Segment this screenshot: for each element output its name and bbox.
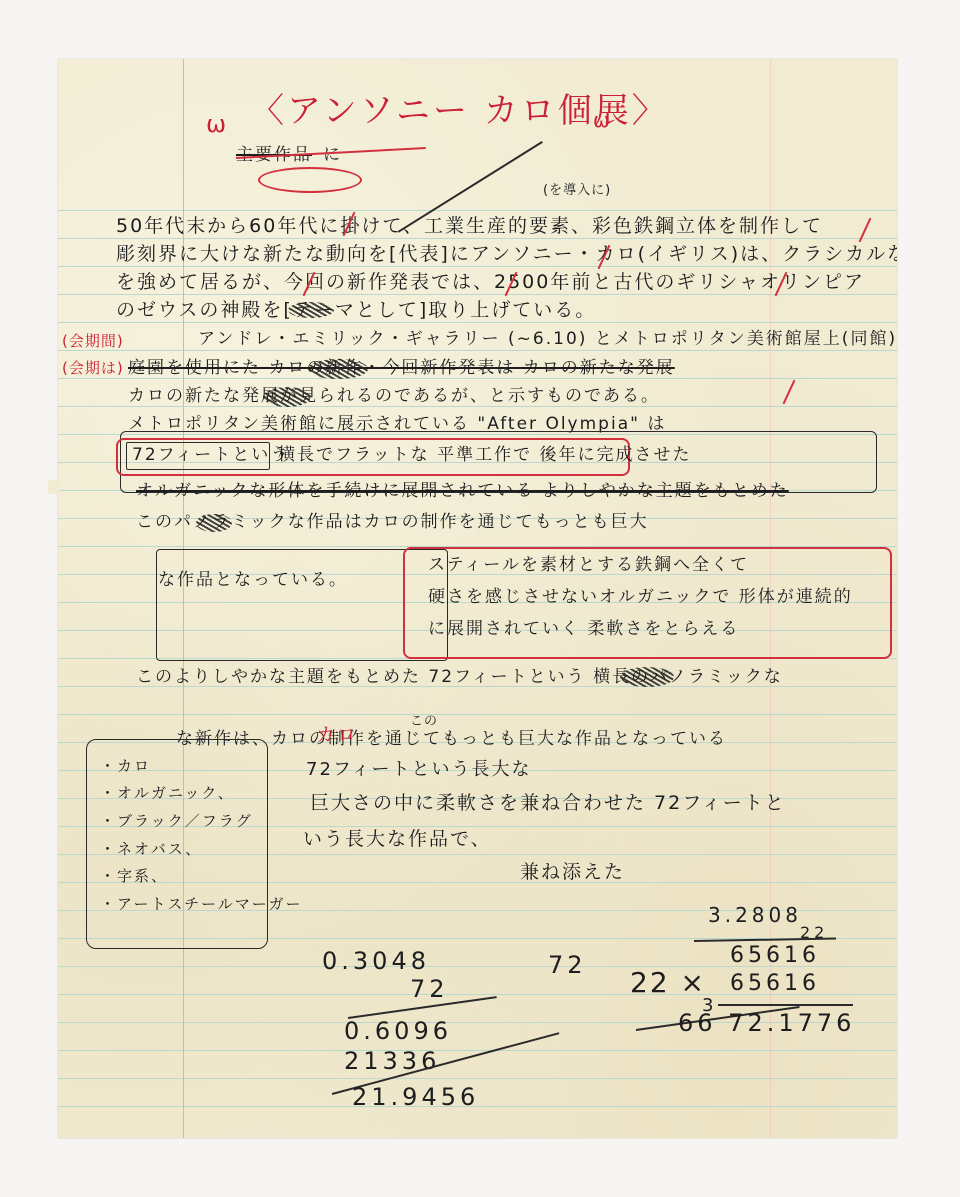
scribble-out xyxy=(288,302,334,318)
red-box-line-3: に展開されていく 柔軟さをとらえる xyxy=(428,621,739,638)
ruled-paper-sheet: ω 〈アンソニー カロ個展〉 ω 主要作品 に (を導入に) 50年代末から60… xyxy=(58,59,897,1138)
red-box-line-1: スティールを素材とする鉄鋼へ全くて xyxy=(428,557,749,574)
calc-right-partial-1: 65616 xyxy=(730,945,820,967)
calc-right-partial-2: 65616 xyxy=(730,973,820,995)
scribble-out xyxy=(196,514,232,532)
side-list-item: ・オルガニック、 xyxy=(100,786,235,801)
body-line-3: を強めて居るが、今回の新作発表では、2500年前と古代のギリシャオリンピア xyxy=(116,273,865,292)
side-list-item: ・カロ xyxy=(100,759,151,774)
calc-right-prefix: 22 × xyxy=(630,969,706,997)
calc-right-multiplicand: 3.2808 xyxy=(708,905,802,925)
body-line-1: 50年代末から60年代に掛けて、工業生産的要素、彩色鉄鋼立体を制作して xyxy=(116,217,823,236)
red-circle-annotation xyxy=(258,167,362,193)
line-became: な作品となっている。 xyxy=(158,572,348,589)
side-list-item: ・字系、 xyxy=(100,869,168,884)
red-inserted-name: カロ xyxy=(316,726,358,745)
calc-left-partial-1: 0.6096 xyxy=(344,1019,452,1043)
scribble-out xyxy=(620,667,674,687)
inserted-note: (を導入に) xyxy=(543,184,611,197)
calc-left-multiplicand: 0.3048 xyxy=(322,949,430,973)
calc-middle-value: 72 xyxy=(548,953,587,977)
line-organic: オルガニックな形体を手続けに展開されている よりしやかな主題をもとめた xyxy=(136,483,789,500)
calc-left-result: 21.9456 xyxy=(352,1085,479,1109)
side-list-item: ・ブラック／フラグ xyxy=(100,814,253,829)
red-box-line-2: 硬さを感じさせないオルガニックで 形体が連続的 xyxy=(428,589,853,606)
margin-note-red-2: (会期は) xyxy=(62,361,124,376)
boxed-phrase: 72フィートという xyxy=(132,447,289,464)
revision-line-5: いう長大な作品で、 xyxy=(303,830,492,849)
paper-tear xyxy=(48,480,60,494)
body-line-4: のゼウスの神殿を[テーマとして]取り上げている。 xyxy=(116,301,596,320)
side-list-item: ・アートスチールマーガー xyxy=(100,897,303,912)
calc-right-result: 66 72.1776 xyxy=(678,1011,855,1035)
gallery-line: アンドレ・エミリック・ギャラリー (~6.10) とメトロポリタン美術館屋上(同… xyxy=(198,331,897,348)
revision-line-3: 72フィートという長大な xyxy=(306,761,531,779)
margin-note-red-1: (会期間) xyxy=(62,334,124,349)
scribble-out xyxy=(263,387,311,407)
boxed-line-rest: 横長でフラットな 平準工作で 後年に完成させた xyxy=(278,447,691,464)
struck-heading-suffix: に xyxy=(323,147,342,164)
revision-line-4: 巨大さの中に柔軟さを兼ね合わせた 72フィートと xyxy=(310,794,786,813)
header-mark-right: ω xyxy=(593,110,612,130)
scribble-out xyxy=(308,359,368,379)
calc-left-multiplier: 72 xyxy=(410,977,449,1001)
body-line-2: 彫刻界に大けな新たな動向を[代表]にアンソニー・カロ(イギリス)は、クラシカルな… xyxy=(116,245,897,264)
revision-line-1: このよりしやかな主題をもとめた 72フィートという 横長のパノラミックな xyxy=(136,669,783,686)
red-edit-slash xyxy=(783,380,796,404)
struck-line-1: 庭園を使用にた カロの新作・今回新作発表は カロの新たな発展 xyxy=(128,360,675,377)
header-mark-left: ω xyxy=(206,112,228,136)
inserted-kono: この xyxy=(410,715,438,728)
struck-line-2: カロの新たな発展が見られるのであるが、と示すものである。 xyxy=(128,388,660,405)
calc-divider xyxy=(718,1004,853,1006)
revision-line-6: 兼ね添えた xyxy=(520,863,625,882)
side-list-item: ・ネオバス、 xyxy=(100,842,202,857)
calc-left-partial-2: 21336 xyxy=(344,1049,440,1073)
